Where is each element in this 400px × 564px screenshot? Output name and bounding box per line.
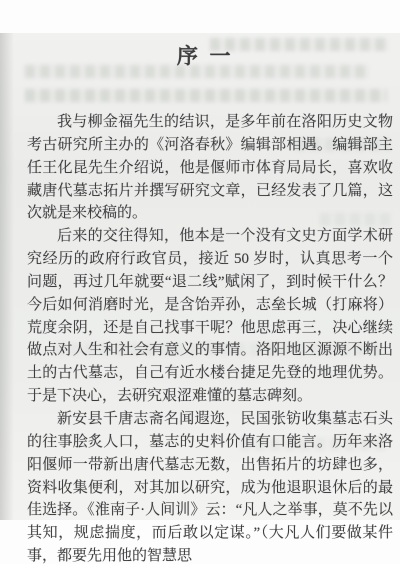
showthrough-smudge bbox=[25, 89, 387, 102]
page-body: 我与柳金福先生的结识，是多年前在洛阳历史文物考古研究所主办的《河洛春秋》编辑部相… bbox=[27, 111, 393, 564]
paragraph-3: 新安县千唐志斋名闻遐迩，民国张钫收集墓志石头的往事脍炙人口，墓志的史料价值有口能… bbox=[27, 408, 393, 564]
screenshot-root: { "page": { "title": "序一", "paragraphs":… bbox=[0, 0, 400, 564]
paragraph-1: 我与柳金福先生的结识，是多年前在洛阳历史文物考古研究所主办的《河洛春秋》编辑部相… bbox=[27, 111, 393, 225]
paragraph-2: 后来的交往得知，他本是一个没有文史方面学术研究经历的政府行政官员，接近 50 岁… bbox=[27, 225, 393, 408]
book-page: 序一 我与柳金福先生的结识，是多年前在洛阳历史文物考古研究所主办的《河洛春秋》编… bbox=[0, 33, 400, 520]
page-title: 序一 bbox=[0, 41, 400, 71]
